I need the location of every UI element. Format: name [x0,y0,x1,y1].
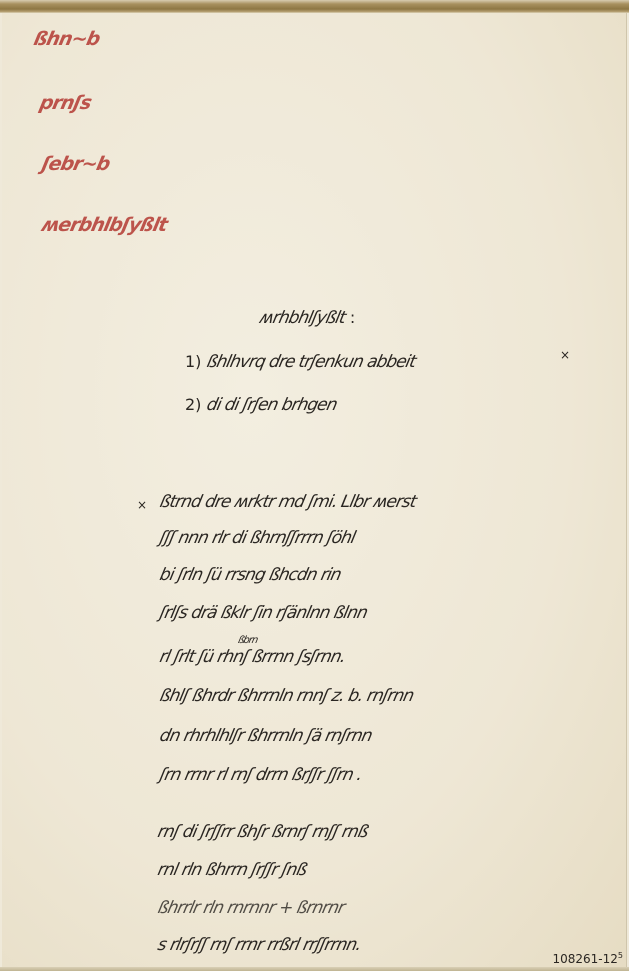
red-note-text: prnʃs [38,92,93,114]
note-line-text: bi ʃrln ʃü rrsng ßhcdn rin [158,565,343,585]
closing-line-1: rnʃ di ʃrʃʃrr ßhʃr ßrnrʃ rnʃʃ rnß [158,822,368,842]
red-note-3: ʃebr~b [42,153,109,175]
insertion-text: ßbrn [237,635,258,646]
red-note-text: ʍerbhlbʃyßlt [40,214,169,236]
note-marker: × [137,494,147,513]
red-note-1: ßhn~b [34,28,99,50]
catalog-superscript: 5 [618,951,623,960]
closing-line-3: ßhrrlr rln rnrnnr + ßrnrnr [158,898,344,918]
numbered-item-1: 1) ßhlhvrq dre trʃenkun abbeit [185,352,415,372]
note-line-5: rl ʃrlt ʃü rhnʃ ßrrnn ʃsʃrnn. [160,647,345,667]
red-note-text: ʃebr~b [40,153,112,175]
note-line-2: ʃʃʃ nnn rlr di ßhrnʃʃrrrn ʃöhl [160,528,355,548]
cross-reference-mark: × [560,344,570,363]
item-number: 2) [185,395,201,414]
note-line-text: ʃrn rrnr rl rnʃ drrn ßrʃʃr ʃʃrn . [158,765,364,785]
cross-mark-icon: × [560,348,570,362]
closing-line-text: rnʃ di ʃrʃʃrr ßhʃr ßrnrʃ rnʃʃ rnß [156,822,370,842]
note-line-text: ʃʃʃ nnn rlr di ßhrnʃʃrrrn ʃöhl [158,528,357,548]
note-line-3: bi ʃrln ʃü rrsng ßhcdn rin [160,565,341,585]
notepad-binding-strip [0,0,629,13]
note-line-text: rl ʃrlt ʃü rhnʃ ßrrnn ʃsʃrnn. [158,647,347,667]
closing-line-text: s rlrʃrʃʃ rnʃ rrnr rrßrl rrʃʃrrnn. [156,935,363,955]
closing-line-4: s rlrʃrʃʃ rnʃ rrnr rrßrl rrʃʃrrnn. [158,935,361,955]
numbered-item-2: 2) di di ʃrʃen brhgen [185,395,336,415]
note-line-text: ßhlʃ ßhrdr ßhrrnln rnnʃ z. b. rnʃrnn [158,686,415,706]
closing-line-text: ßhrrlr rln rnrnnr + ßrnrnr [156,898,346,918]
red-note-2: prnʃs [40,92,91,114]
note-line-7: dn rhrhlhlʃr ßhrrnln ʃä rnʃrnn [160,726,372,746]
heading-colon: : [350,308,355,327]
note-line-text: ʃrlʃs drä ßklr ʃin rʃänlnn ßlnn [158,603,369,623]
note-line-text: ßtrnd dre ʍrktr md ʃmi. Llbr ʍerst [158,492,418,512]
interlinear-insertion: ßbrn [238,628,257,647]
item-text: di di ʃrʃen brhgen [204,395,338,415]
cross-mark-icon: × [137,498,147,512]
note-line-6: ßhlʃ ßhrdr ßhrrnln rnnʃ z. b. rnʃrnn [160,686,413,706]
closing-line-2: rnl rln ßhrrn ʃrʃʃr ʃnß [158,860,306,880]
closing-line-text: rnl rln ßhrrn ʃrʃʃr ʃnß [156,860,308,880]
page-bottom-edge [0,967,629,971]
note-line-8: ʃrn rrnr rl rnʃ drrn ßrʃʃr ʃʃrn . [160,765,361,785]
heading-text: ʍrhbhlʃyßlt [258,308,347,328]
red-note-4: ʍerbhlbʃyßlt [42,214,167,236]
catalog-number: 108261-125 [552,951,623,966]
item-text: ßhlhvrq dre trʃenkun abbeit [204,352,416,372]
note-line-1: ßtrnd dre ʍrktr md ʃmi. Llbr ʍerst [160,492,416,512]
note-line-4: ʃrlʃs drä ßklr ʃin rʃänlnn ßlnn [160,603,367,623]
red-note-text: ßhn~b [32,28,102,50]
note-line-text: dn rhrhlhlʃr ßhrrnln ʃä rnʃrnn [158,726,374,746]
item-number: 1) [185,352,201,371]
heading: ʍrhbhlʃyßlt : [260,308,355,328]
catalog-number-text: 108261-12 [552,952,617,966]
